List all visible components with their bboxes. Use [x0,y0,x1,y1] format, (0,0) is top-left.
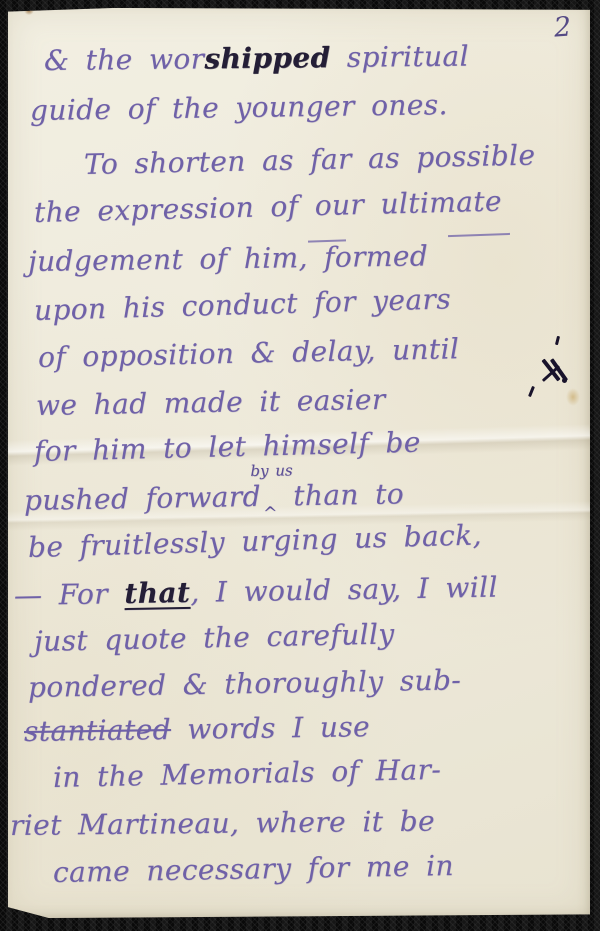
line-text: pondered & thoroughly sub- [28,663,462,704]
line-text: for him to let himself be [34,426,422,468]
manuscript-line: riet Martineau, where it be [10,805,435,842]
line-text: just quote the carefully [34,617,395,658]
line-text: we had made it easier [36,383,386,422]
manuscript-line: upon his conduct for years [34,282,452,327]
page-number: 2 [553,11,572,43]
manuscript-line: came necessary for me in [53,849,454,889]
line-text: pushed forward [24,480,261,517]
line-text: riet Martineau, where it be [10,805,435,842]
line-text: came necessary for me in [53,849,454,889]
line-text: of opposition & delay, until [38,332,460,374]
manuscript-line: just quote the carefully [34,617,395,658]
manuscript-line: — For that, I would say, I will [14,571,498,612]
line-text: than to [277,477,405,512]
emphasized-word: that [124,576,191,610]
letter-page: 2 & the worshipped spiritual guide of th… [8,8,590,918]
line-text: the expression of our ultimate [34,185,503,229]
manuscript-line: we had made it easier [36,383,386,422]
insertion-mark: by us^ [261,496,277,506]
pen-flourish [448,233,510,237]
overwritten-word: shipped [204,41,330,75]
manuscript-line: & the worshipped spiritual [44,40,469,77]
manuscript-line: be fruitlessly urging us back, [28,518,483,564]
line-text: — For [14,577,125,612]
line-text: To shorten as far as possible [84,139,536,181]
line-text: upon his conduct for years [34,282,452,327]
line-text: be fruitlessly urging us back, [28,518,483,564]
paper-stain [24,5,34,15]
struck-word: stantiated [24,713,171,748]
manuscript-line: To shorten as far as possible [84,139,536,181]
line-text: guide of the younger ones. [30,88,448,127]
manuscript-line: the expression of our ultimate [34,185,503,229]
line-text: spiritual [330,40,469,74]
line-text: & the wor [44,42,205,77]
manuscript-line: pondered & thoroughly sub- [28,663,462,704]
caret-mark: ^ [263,504,278,524]
line-text: , I would say, I will [190,571,498,609]
manuscript-line: judgement of him, formed [28,239,429,278]
manuscript-line: of opposition & delay, until [38,332,460,374]
line-text: words I use [171,710,370,746]
manuscript-line: guide of the younger ones. [30,88,448,127]
manuscript-line: pushed forwardby us^ than to [24,477,405,517]
inserted-text: by us [250,461,293,480]
manuscript-line: for him to let himself be [34,426,422,468]
ink-blot [524,336,584,402]
line-text: in the Memorials of Har- [53,753,442,794]
manuscript-line: stantiated words I use [24,710,370,748]
manuscript-line: in the Memorials of Har- [53,753,442,794]
photo-background: 2 & the worshipped spiritual guide of th… [0,0,600,931]
line-text: judgement of him, formed [28,239,429,278]
